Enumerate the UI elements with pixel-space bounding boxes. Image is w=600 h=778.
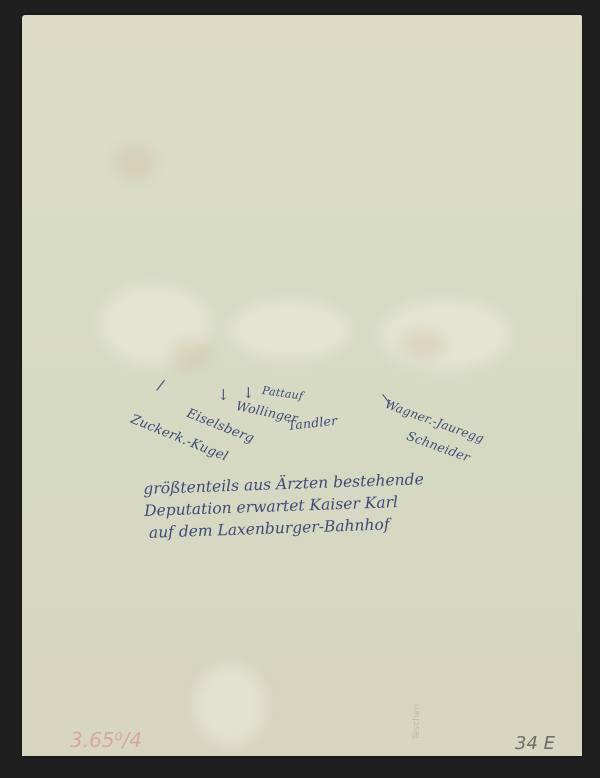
faint-vertical-pencil-note: Teschen — [412, 704, 422, 740]
photo-verso-paper — [22, 15, 582, 756]
paper-stain — [400, 330, 445, 360]
inventory-number-grey: 34 E — [515, 733, 555, 754]
arrow-down-icon: ↓ — [217, 388, 230, 403]
paper-stain — [380, 300, 510, 370]
paper-stain — [115, 145, 155, 180]
handwritten-caption: größtenteils aus Ärzten bestehende Deput… — [143, 468, 426, 544]
inventory-number-red: 3.65⁰/4 — [70, 728, 142, 752]
paper-stain — [170, 340, 210, 370]
paper-stain — [230, 300, 350, 360]
paper-stain — [195, 665, 265, 745]
